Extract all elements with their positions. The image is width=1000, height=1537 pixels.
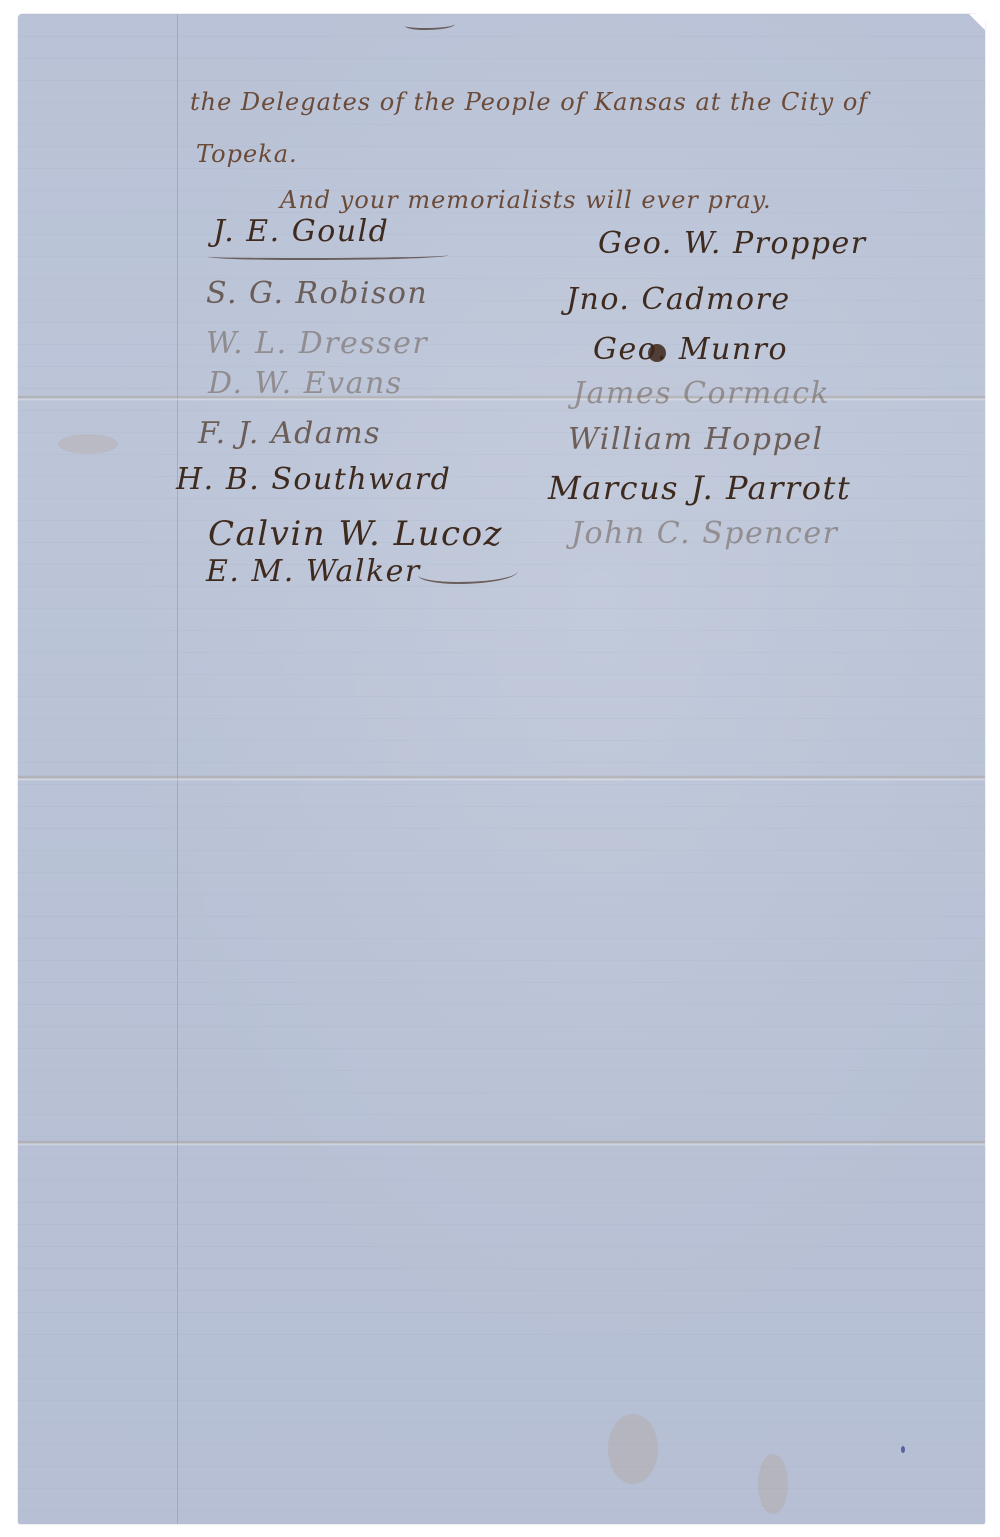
signature: Geo. Munro bbox=[593, 332, 788, 367]
torn-corner bbox=[969, 14, 985, 30]
signature-flourish bbox=[418, 562, 518, 584]
signature: F. J. Adams bbox=[198, 416, 381, 451]
signature-flourish bbox=[208, 252, 448, 260]
ink-mark bbox=[405, 20, 455, 30]
signature: James Cormack bbox=[573, 376, 830, 411]
signature: J. E. Gould bbox=[213, 214, 389, 249]
signature: Jno. Cadmore bbox=[566, 282, 791, 317]
document-page: the Delegates of the People of Kansas at… bbox=[18, 14, 985, 1524]
closing-text-line: And your memorialists will ever pray. bbox=[280, 186, 772, 214]
body-text-line: Topeka. bbox=[196, 140, 298, 168]
signature: D. W. Evans bbox=[208, 366, 403, 401]
signature: Marcus J. Parrott bbox=[548, 469, 851, 507]
signature: William Hoppel bbox=[568, 422, 824, 457]
signature: Geo. W. Propper bbox=[598, 226, 867, 261]
ink-spot bbox=[901, 1446, 905, 1453]
paper-stain bbox=[758, 1454, 788, 1514]
fold-crease bbox=[18, 1140, 985, 1146]
paper-stain bbox=[58, 434, 118, 454]
margin-rule bbox=[177, 14, 178, 1524]
signature: W. L. Dresser bbox=[206, 326, 428, 361]
paper-stain bbox=[608, 1414, 658, 1484]
signature: E. M. Walker bbox=[206, 554, 421, 589]
ink-blot bbox=[648, 344, 666, 362]
signature: Calvin W. Lucoz bbox=[208, 514, 503, 554]
signature: S. G. Robison bbox=[206, 276, 428, 311]
fold-crease bbox=[18, 395, 985, 401]
signature: H. B. Southward bbox=[176, 462, 451, 497]
body-text-line: the Delegates of the People of Kansas at… bbox=[190, 88, 868, 116]
signature: John C. Spencer bbox=[571, 516, 838, 551]
fold-crease bbox=[18, 775, 985, 781]
